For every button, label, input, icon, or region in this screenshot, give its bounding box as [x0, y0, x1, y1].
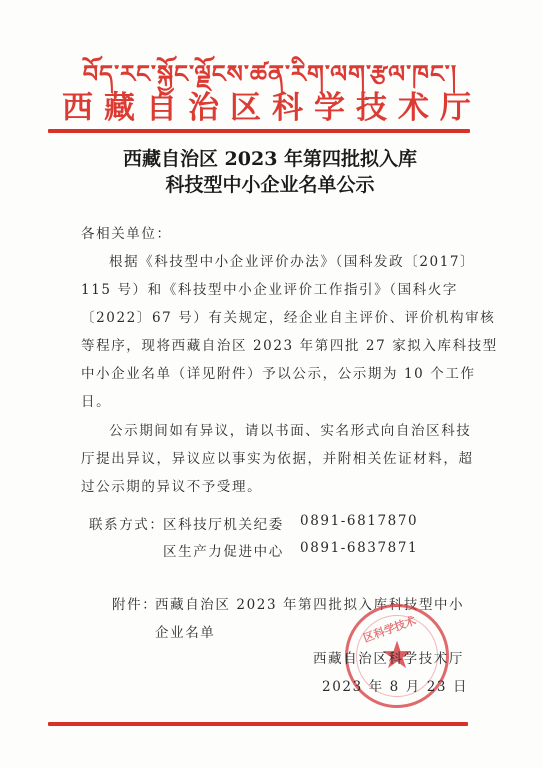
para1-line: 〔2022〕67 号）有关规定，经企业自主评价、评价机构审核 — [81, 306, 495, 326]
para1-line: 日。 — [81, 390, 111, 410]
notice-title-line1: 西藏自治区 2023 年第四批拟入库 — [60, 144, 480, 171]
notice-title-line2: 科技型中小企业名单公示 — [60, 170, 480, 197]
contact-phone: 0891-6817870 — [300, 513, 418, 529]
para1-line: 等程序，现将西藏自治区 2023 年第四批 27 家拟入库科技型 — [81, 334, 498, 354]
para1-line: 中小企业名单（详见附件）予以公示，公示期为 10 个工作 — [81, 362, 476, 382]
contact-phone: 0891-6837871 — [300, 540, 418, 556]
para2-line: 厅提出异议，异议应以事实为依据，并附相关佐证材料，超 — [81, 447, 474, 467]
letterhead-divider-top — [48, 129, 470, 133]
contact-dept: 区科技厅机关纪委 — [163, 513, 284, 533]
para2-line: 过公示期的异议不予受理。 — [81, 475, 262, 495]
signature-org: 西藏自治区科学技术厅 — [313, 647, 464, 667]
contact-dept: 区生产力促进中心 — [163, 540, 284, 560]
letterhead-chinese-name: 西藏自治区科学技术厅 — [62, 82, 474, 127]
attachment-label: 附件： — [112, 593, 157, 613]
footer-divider — [48, 722, 468, 726]
para2-line: 公示期间如有异议，请以书面、实名形式向自治区科技 — [109, 419, 471, 439]
salutation: 各相关单位： — [81, 222, 172, 242]
para1-line: 根据《科技型中小企业评价办法》（国科发政〔2017〕 — [109, 250, 475, 270]
attachment-title-line2[interactable]: 企业名单 — [155, 621, 215, 641]
signature-date: 2023 年 8 月 23 日 — [322, 675, 468, 695]
para1-line: 115 号）和《科技型中小企业评价工作指引》（国科火字 — [81, 278, 458, 298]
contact-label: 联系方式： — [89, 513, 165, 533]
